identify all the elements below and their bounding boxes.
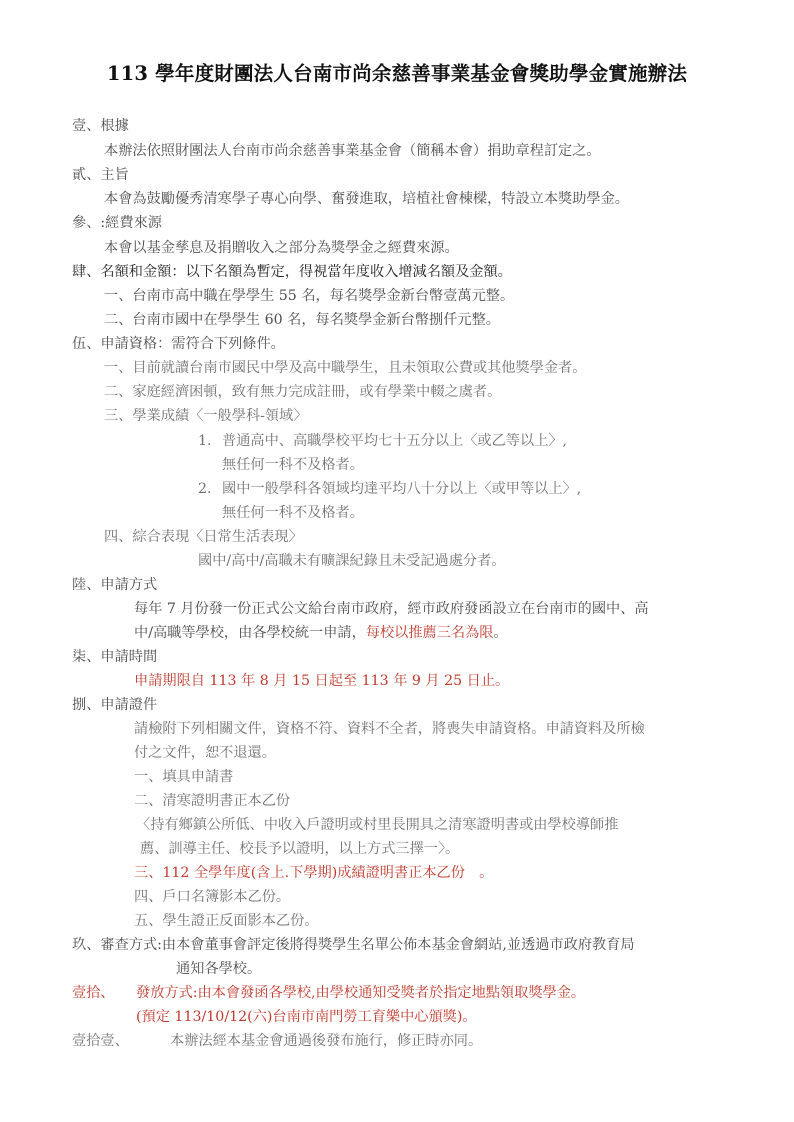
- section-6-body-text: 中/高職等學校，由各學校統一申請，: [134, 625, 366, 641]
- section-6-body-line-2: 中/高職等學校，由各學校統一申請，每校以推薦三名為限。: [134, 623, 508, 643]
- section-4-heading: 肆、名額和金額：以下名額為暫定，得視當年度收入增減名額及金額。: [72, 262, 512, 282]
- criteria-1-number: 1.: [198, 431, 212, 451]
- criteria-2-text: 國中一般學科各領域均達平均八十分以上〈或甲等以上〉,: [222, 479, 581, 499]
- section-9-heading: 玖、審查方式:由本會董事會評定後將得獎學生名單公佈本基金會網站,並透過市政府教育…: [72, 935, 635, 955]
- section-11-body: 本辦法經本基金會通過後發布施行，修正時亦同。: [170, 1031, 482, 1051]
- section-4-item-1: 一、台南市高中職在學學生 55 名，每名獎學金新台幣壹萬元整。: [104, 286, 514, 306]
- section-10-number: 壹拾、: [72, 983, 115, 1003]
- section-8-heading: 捌、申請證件: [72, 695, 157, 715]
- award-ceremony-date: (預定 113/10/12(六)台南市南門勞工育樂中心頒獎)。: [136, 1007, 477, 1027]
- section-1-body: 本辦法依照財團法人台南市尚余慈善事業基金會（簡稱本會）捐助章程訂定之。: [104, 141, 601, 161]
- document-item-4: 四、戶口名簿影本乙份。: [134, 887, 290, 907]
- section-5-item-4-body: 國中/高中/高職未有曠課紀錄且未受記過處分者。: [198, 551, 506, 571]
- document-item-5: 五、學生證正反面影本乙份。: [134, 911, 318, 931]
- application-period-highlight: 申請期限自 113 年 8 月 15 日起至 113 年 9 月 25 日止。: [134, 671, 509, 691]
- section-10-body: 發放方式:由本會發函各學校,由學校通知受獎者於指定地點領取獎學金。: [136, 983, 585, 1003]
- section-5-heading: 伍、申請資格：需符合下列條件。: [72, 334, 285, 354]
- document-item-2-note-2: 薦、訓導主任、校長予以證明，以上方式三擇一〉。: [140, 839, 459, 859]
- document-title: 113 學年度財團法人台南市尚余慈善事業基金會獎助學金實施辦法: [0, 58, 794, 86]
- section-5-item-2: 二、家庭經濟困頓，致有無力完成註冊，或有學業中輟之虞者。: [104, 382, 501, 402]
- section-4-item-2: 二、台南市國中在學學生 60 名，每名獎學金新台幣捌仟元整。: [104, 310, 500, 330]
- criteria-1-text: 普通高中、高職學校平均七十五分以上〈或乙等以上〉,: [222, 431, 567, 451]
- document-item-2: 二、清寒證明書正本乙份: [134, 791, 290, 811]
- quota-highlight: 每校以推薦三名為限: [366, 625, 494, 641]
- section-2-heading: 貳、主旨: [72, 165, 129, 185]
- section-3-body: 本會以基金孳息及捐贈收入之部分為獎學金之經費來源。: [104, 238, 459, 258]
- criteria-1-cont: 無任何一科不及格者。: [222, 455, 364, 475]
- section-6-body-line-1: 每年 7 月份發一份正式公文給台南市政府，經市政府發函設立在台南市的國中、高: [134, 599, 649, 619]
- section-11-number: 壹拾壹、: [72, 1031, 129, 1051]
- section-3-heading: 參、:經費來源: [72, 213, 162, 233]
- section-8-body-line-2: 付之文件，恕不退還。: [134, 743, 276, 763]
- criteria-2-number: 2.: [198, 479, 212, 499]
- section-1-heading: 壹、根據: [72, 116, 129, 136]
- section-5-item-1: 一、目前就讀台南市國民中學及高中職學生，且未領取公費或其他獎學金者。: [104, 358, 586, 378]
- section-5-item-3: 三、學業成績〈一般學科-領域〉: [104, 406, 307, 426]
- section-6-period: 。: [493, 625, 507, 641]
- criteria-2-cont: 無任何一科不及格者。: [222, 503, 364, 523]
- section-5-item-4: 四、綜合表現〈日常生活表現〉: [104, 527, 303, 547]
- document-item-1: 一、填具申請書: [134, 767, 233, 787]
- section-2-body: 本會為鼓勵優秀清寒學子專心向學、奮發進取，培植社會棟樑，特設立本獎助學金。: [104, 189, 629, 209]
- section-6-heading: 陸、申請方式: [72, 575, 157, 595]
- section-7-heading: 柒、申請時間: [72, 647, 157, 667]
- section-9-cont: 通知各學校。: [176, 959, 261, 979]
- document-item-2-note-1: 〈持有鄉鎮公所低、中收入戶證明或村里長開具之清寒證明書或由學校導師推: [136, 815, 618, 835]
- section-8-body-line-1: 請檢附下列相關文件，資格不符、資料不全者，將喪失申請資格。申請資料及所檢: [134, 719, 645, 739]
- document-item-3-highlight: 三、112 全學年度(含上.下學期)成績證明書正本乙份 。: [134, 863, 493, 883]
